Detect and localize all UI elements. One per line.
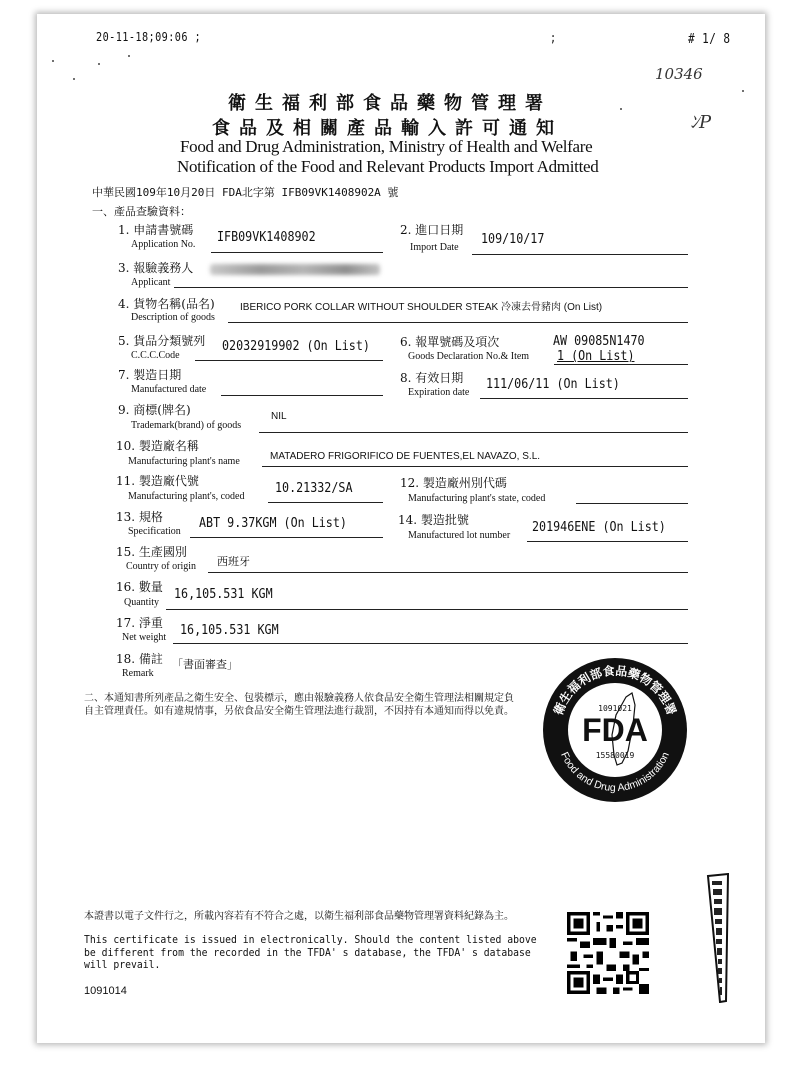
scan-speck [52, 60, 54, 62]
specification-value: ABT 9.37KGM (On List) [199, 516, 347, 531]
plant-name-value: MATADERO FRIGORIFICO DE FUENTES,EL NAVAZ… [270, 451, 540, 462]
field-label-zh: 11. 製造廠代號 [116, 472, 199, 489]
field-label-en: Manufacturing plant's state, coded [408, 493, 545, 504]
scan-speck [742, 90, 744, 92]
country-of-origin-value: 西班牙 [217, 553, 250, 569]
import-date-value: 109/10/17 [481, 232, 544, 247]
field-underline [195, 360, 383, 361]
seal-serial-code: 15580019 [596, 751, 635, 760]
section-2-notice: 二、本通知書所列產品之衛生安全、包裝標示，應由報驗義務人依食品安全衛生管理法相關… [84, 692, 522, 718]
net-weight-value: 16,105.531 KGM [180, 623, 279, 638]
goods-description-value: IBERICO PORK COLLAR WITHOUT SHOULDER STE… [240, 298, 602, 313]
field-underline [166, 609, 688, 610]
fax-separator: ; [550, 31, 557, 45]
declaration-number-value: AW 09085N1470 [553, 334, 645, 349]
lot-number-value: 201946ENE (On List) [532, 520, 666, 535]
plant-code-value: 10.21332/SA [275, 481, 352, 496]
field-label-en: Application No. [131, 239, 195, 250]
field-label-zh: 2. 進口日期 [400, 221, 463, 238]
field-label-zh: 6. 報單號碼及項次 [400, 333, 499, 350]
field-label-en: Applicant [131, 277, 170, 288]
seal-fda-logo: FDA [582, 712, 648, 748]
field-label-zh: 3. 報驗義務人 [118, 259, 193, 276]
field-label-zh: 9. 商標(牌名) [118, 401, 191, 418]
application-number-value: IFB09VK1408902 [217, 230, 316, 245]
field-label-en: Description of goods [131, 312, 215, 323]
field-label-zh: 15. 生產國別 [116, 543, 187, 560]
field-underline [480, 398, 688, 399]
trademark-value: NIL [271, 411, 287, 422]
field-label-zh: 8. 有效日期 [400, 369, 463, 386]
field-label-zh: 12. 製造廠州別代碼 [400, 474, 507, 491]
field-label-en: Expiration date [408, 387, 469, 398]
field-underline [527, 541, 688, 542]
field-label-en: Import Date [410, 242, 459, 253]
electronic-certificate-note-zh: 本證書以電子文件行之，所載內容若有不符合之處，以衛生福利部食品藥物管理署資料紀錄… [84, 910, 544, 923]
reference-number-line: 中華民國109年10月20日 FDA北字第 IFB09VK1408902A 號 [92, 184, 398, 200]
field-label-zh: 4. 貨物名稱(品名) [118, 295, 215, 312]
page-indicator: # 1/ 8 [688, 32, 730, 47]
field-label-zh: 7. 製造日期 [118, 366, 181, 383]
field-label-en: Manufacturing plant's, coded [128, 491, 245, 502]
qr-code [567, 912, 649, 994]
field-label-zh: 18. 備註 [116, 650, 163, 667]
field-label-en: Trademark(brand) of goods [131, 420, 241, 431]
field-label-zh: 17. 淨重 [116, 614, 163, 631]
fax-timestamp: 20-11-18;09:06 ; [96, 30, 201, 44]
scan-speck [620, 108, 622, 110]
scan-speck [98, 63, 100, 65]
agency-title-en: Food and Drug Administration, Ministry o… [180, 137, 592, 157]
field-underline [173, 643, 688, 644]
field-label-en: Manufactured lot number [408, 530, 510, 541]
field-underline [208, 572, 688, 573]
expiration-date-value: 111/06/11 (On List) [486, 377, 620, 392]
field-label-zh: 16. 數量 [116, 578, 163, 595]
field-underline [268, 502, 383, 503]
remark-value: 「書面審查」 [172, 656, 238, 672]
field-label-en: Net weight [122, 632, 166, 643]
field-label-zh: 5. 貨品分類號列 [118, 332, 205, 349]
field-underline [576, 503, 688, 504]
agency-title-zh: 衛生福利部食品藥物管理署 [228, 89, 552, 115]
field-underline [190, 537, 383, 538]
field-label-en: Remark [122, 668, 154, 679]
declaration-item-value: 1 (On List) [557, 349, 634, 364]
applicant-redacted-value [210, 264, 380, 275]
section-1-heading: 一、產品查驗資料： [92, 203, 191, 219]
field-label-zh: 10. 製造廠名稱 [116, 437, 199, 454]
field-label-en: Manufactured date [131, 384, 206, 395]
field-label-en: C.C.C.Code [131, 350, 180, 361]
field-label-zh: 1. 申請書號碼 [118, 221, 193, 238]
field-label-en: Manufacturing plant's name [128, 456, 240, 467]
fda-official-seal: 衛生福利部食品藥物管理署 Food and Drug Administratio… [540, 655, 690, 805]
handwritten-note: 10346 [655, 65, 703, 83]
field-underline [174, 287, 688, 288]
field-underline [262, 466, 688, 467]
field-label-en: Specification [128, 526, 181, 537]
document-code: 1091014 [84, 985, 127, 997]
field-underline [228, 322, 688, 323]
field-underline [472, 254, 688, 255]
received-stamp [706, 873, 730, 1003]
field-underline [221, 395, 383, 396]
quantity-value: 16,105.531 KGM [174, 587, 273, 602]
handwritten-initials: ﾝP [690, 108, 711, 134]
electronic-certificate-note-en: This certificate is issued in electronic… [84, 934, 540, 972]
scan-speck [128, 55, 130, 57]
field-label-en: Country of origin [126, 561, 196, 572]
field-underline [211, 252, 383, 253]
field-label-en: Goods Declaration No.& Item [408, 351, 529, 362]
ccc-code-value: 02032919902 (On List) [222, 339, 370, 354]
field-label-en: Quantity [124, 597, 159, 608]
document-title-en: Notification of the Food and Relevant Pr… [177, 157, 598, 177]
field-underline [259, 432, 688, 433]
field-label-zh: 14. 製造批號 [398, 511, 469, 528]
field-label-zh: 13. 規格 [116, 508, 163, 525]
field-underline [554, 364, 688, 365]
scan-speck [73, 78, 75, 80]
